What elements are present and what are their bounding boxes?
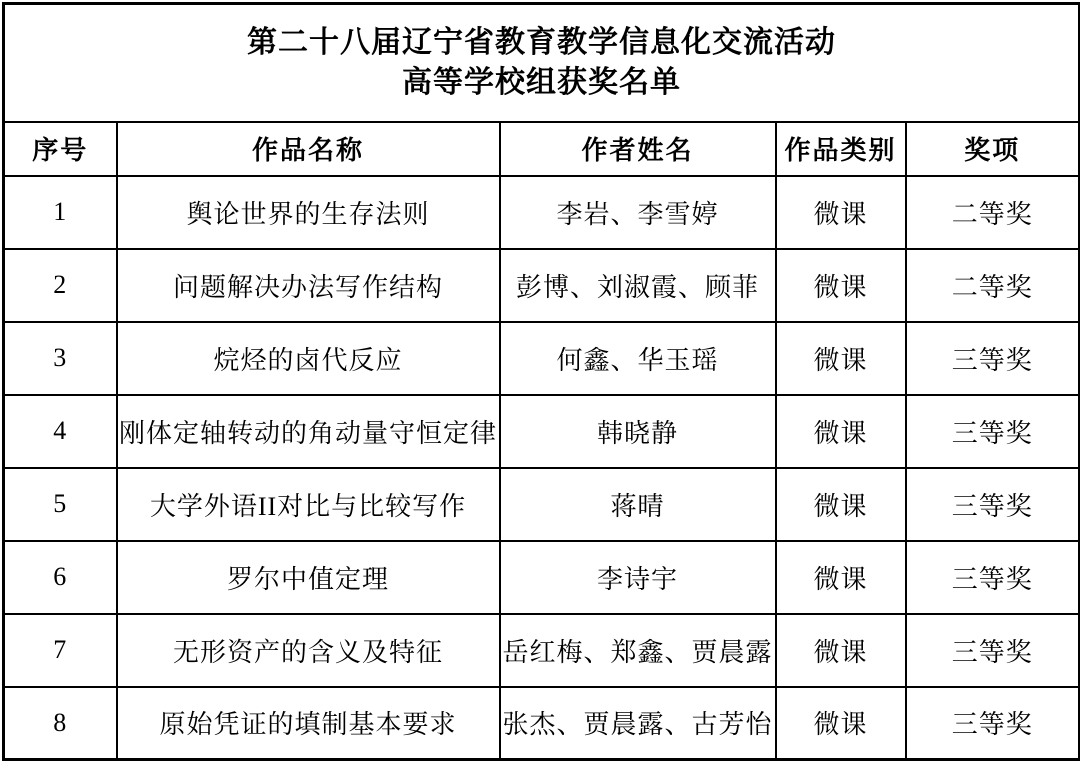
- cell-category: 微课: [776, 395, 906, 468]
- table-row: 2 问题解决办法写作结构 彭博、刘淑霞、顾菲 微课 二等奖: [4, 249, 1080, 322]
- awards-table: 第二十八届辽宁省教育教学信息化交流活动 高等学校组获奖名单 序号 作品名称 作者…: [2, 2, 1080, 761]
- cell-work: 罗尔中值定理: [117, 541, 500, 614]
- cell-no: 3: [4, 322, 117, 395]
- cell-no: 5: [4, 468, 117, 541]
- table-row: 1 舆论世界的生存法则 李岩、李雪婷 微课 二等奖: [4, 176, 1080, 249]
- cell-work: 原始凭证的填制基本要求: [117, 687, 500, 760]
- cell-category: 微课: [776, 322, 906, 395]
- cell-authors: 蒋晴: [500, 468, 776, 541]
- table-row: 5 大学外语II对比与比较写作 蒋晴 微课 三等奖: [4, 468, 1080, 541]
- cell-category: 微课: [776, 176, 906, 249]
- table-row: 7 无形资产的含义及特征 岳红梅、郑鑫、贾晨露 微课 三等奖: [4, 614, 1080, 687]
- cell-category: 微课: [776, 541, 906, 614]
- cell-authors: 张杰、贾晨露、古芳怡: [500, 687, 776, 760]
- table-row: 8 原始凭证的填制基本要求 张杰、贾晨露、古芳怡 微课 三等奖: [4, 687, 1080, 760]
- cell-award: 三等奖: [906, 541, 1080, 614]
- cell-no: 8: [4, 687, 117, 760]
- cell-no: 6: [4, 541, 117, 614]
- cell-category: 微课: [776, 687, 906, 760]
- cell-no: 2: [4, 249, 117, 322]
- cell-work: 无形资产的含义及特征: [117, 614, 500, 687]
- title-line-2: 高等学校组获奖名单: [5, 63, 1078, 103]
- cell-work: 大学外语II对比与比较写作: [117, 468, 500, 541]
- cell-award: 三等奖: [906, 322, 1080, 395]
- cell-award: 三等奖: [906, 614, 1080, 687]
- cell-authors: 彭博、刘淑霞、顾菲: [500, 249, 776, 322]
- cell-authors: 岳红梅、郑鑫、贾晨露: [500, 614, 776, 687]
- column-header-authors: 作者姓名: [500, 122, 776, 176]
- cell-no: 1: [4, 176, 117, 249]
- cell-authors: 韩晓静: [500, 395, 776, 468]
- document-page: 第二十八届辽宁省教育教学信息化交流活动 高等学校组获奖名单 序号 作品名称 作者…: [0, 0, 1080, 762]
- column-header-award: 奖项: [906, 122, 1080, 176]
- table-row: 4 刚体定轴转动的角动量守恒定律 韩晓静 微课 三等奖: [4, 395, 1080, 468]
- cell-award: 三等奖: [906, 395, 1080, 468]
- cell-work: 问题解决办法写作结构: [117, 249, 500, 322]
- cell-award: 三等奖: [906, 687, 1080, 760]
- table-row: 3 烷烃的卤代反应 何鑫、华玉瑶 微课 三等奖: [4, 322, 1080, 395]
- column-header-no: 序号: [4, 122, 117, 176]
- table-header-row: 序号 作品名称 作者姓名 作品类别 奖项: [4, 122, 1080, 176]
- cell-authors: 何鑫、华玉瑶: [500, 322, 776, 395]
- cell-authors: 李岩、李雪婷: [500, 176, 776, 249]
- cell-work: 刚体定轴转动的角动量守恒定律: [117, 395, 500, 468]
- title-line-1: 第二十八届辽宁省教育教学信息化交流活动: [5, 23, 1078, 63]
- title-row: 第二十八届辽宁省教育教学信息化交流活动 高等学校组获奖名单: [4, 4, 1080, 122]
- cell-category: 微课: [776, 614, 906, 687]
- document-title: 第二十八届辽宁省教育教学信息化交流活动 高等学校组获奖名单: [4, 4, 1080, 122]
- cell-work: 舆论世界的生存法则: [117, 176, 500, 249]
- cell-category: 微课: [776, 249, 906, 322]
- cell-award: 二等奖: [906, 249, 1080, 322]
- column-header-work: 作品名称: [117, 122, 500, 176]
- column-header-category: 作品类别: [776, 122, 906, 176]
- cell-authors: 李诗宇: [500, 541, 776, 614]
- cell-no: 4: [4, 395, 117, 468]
- table-row: 6 罗尔中值定理 李诗宇 微课 三等奖: [4, 541, 1080, 614]
- cell-award: 三等奖: [906, 468, 1080, 541]
- cell-no: 7: [4, 614, 117, 687]
- table-body: 1 舆论世界的生存法则 李岩、李雪婷 微课 二等奖 2 问题解决办法写作结构 彭…: [4, 176, 1080, 760]
- cell-work: 烷烃的卤代反应: [117, 322, 500, 395]
- cell-category: 微课: [776, 468, 906, 541]
- cell-award: 二等奖: [906, 176, 1080, 249]
